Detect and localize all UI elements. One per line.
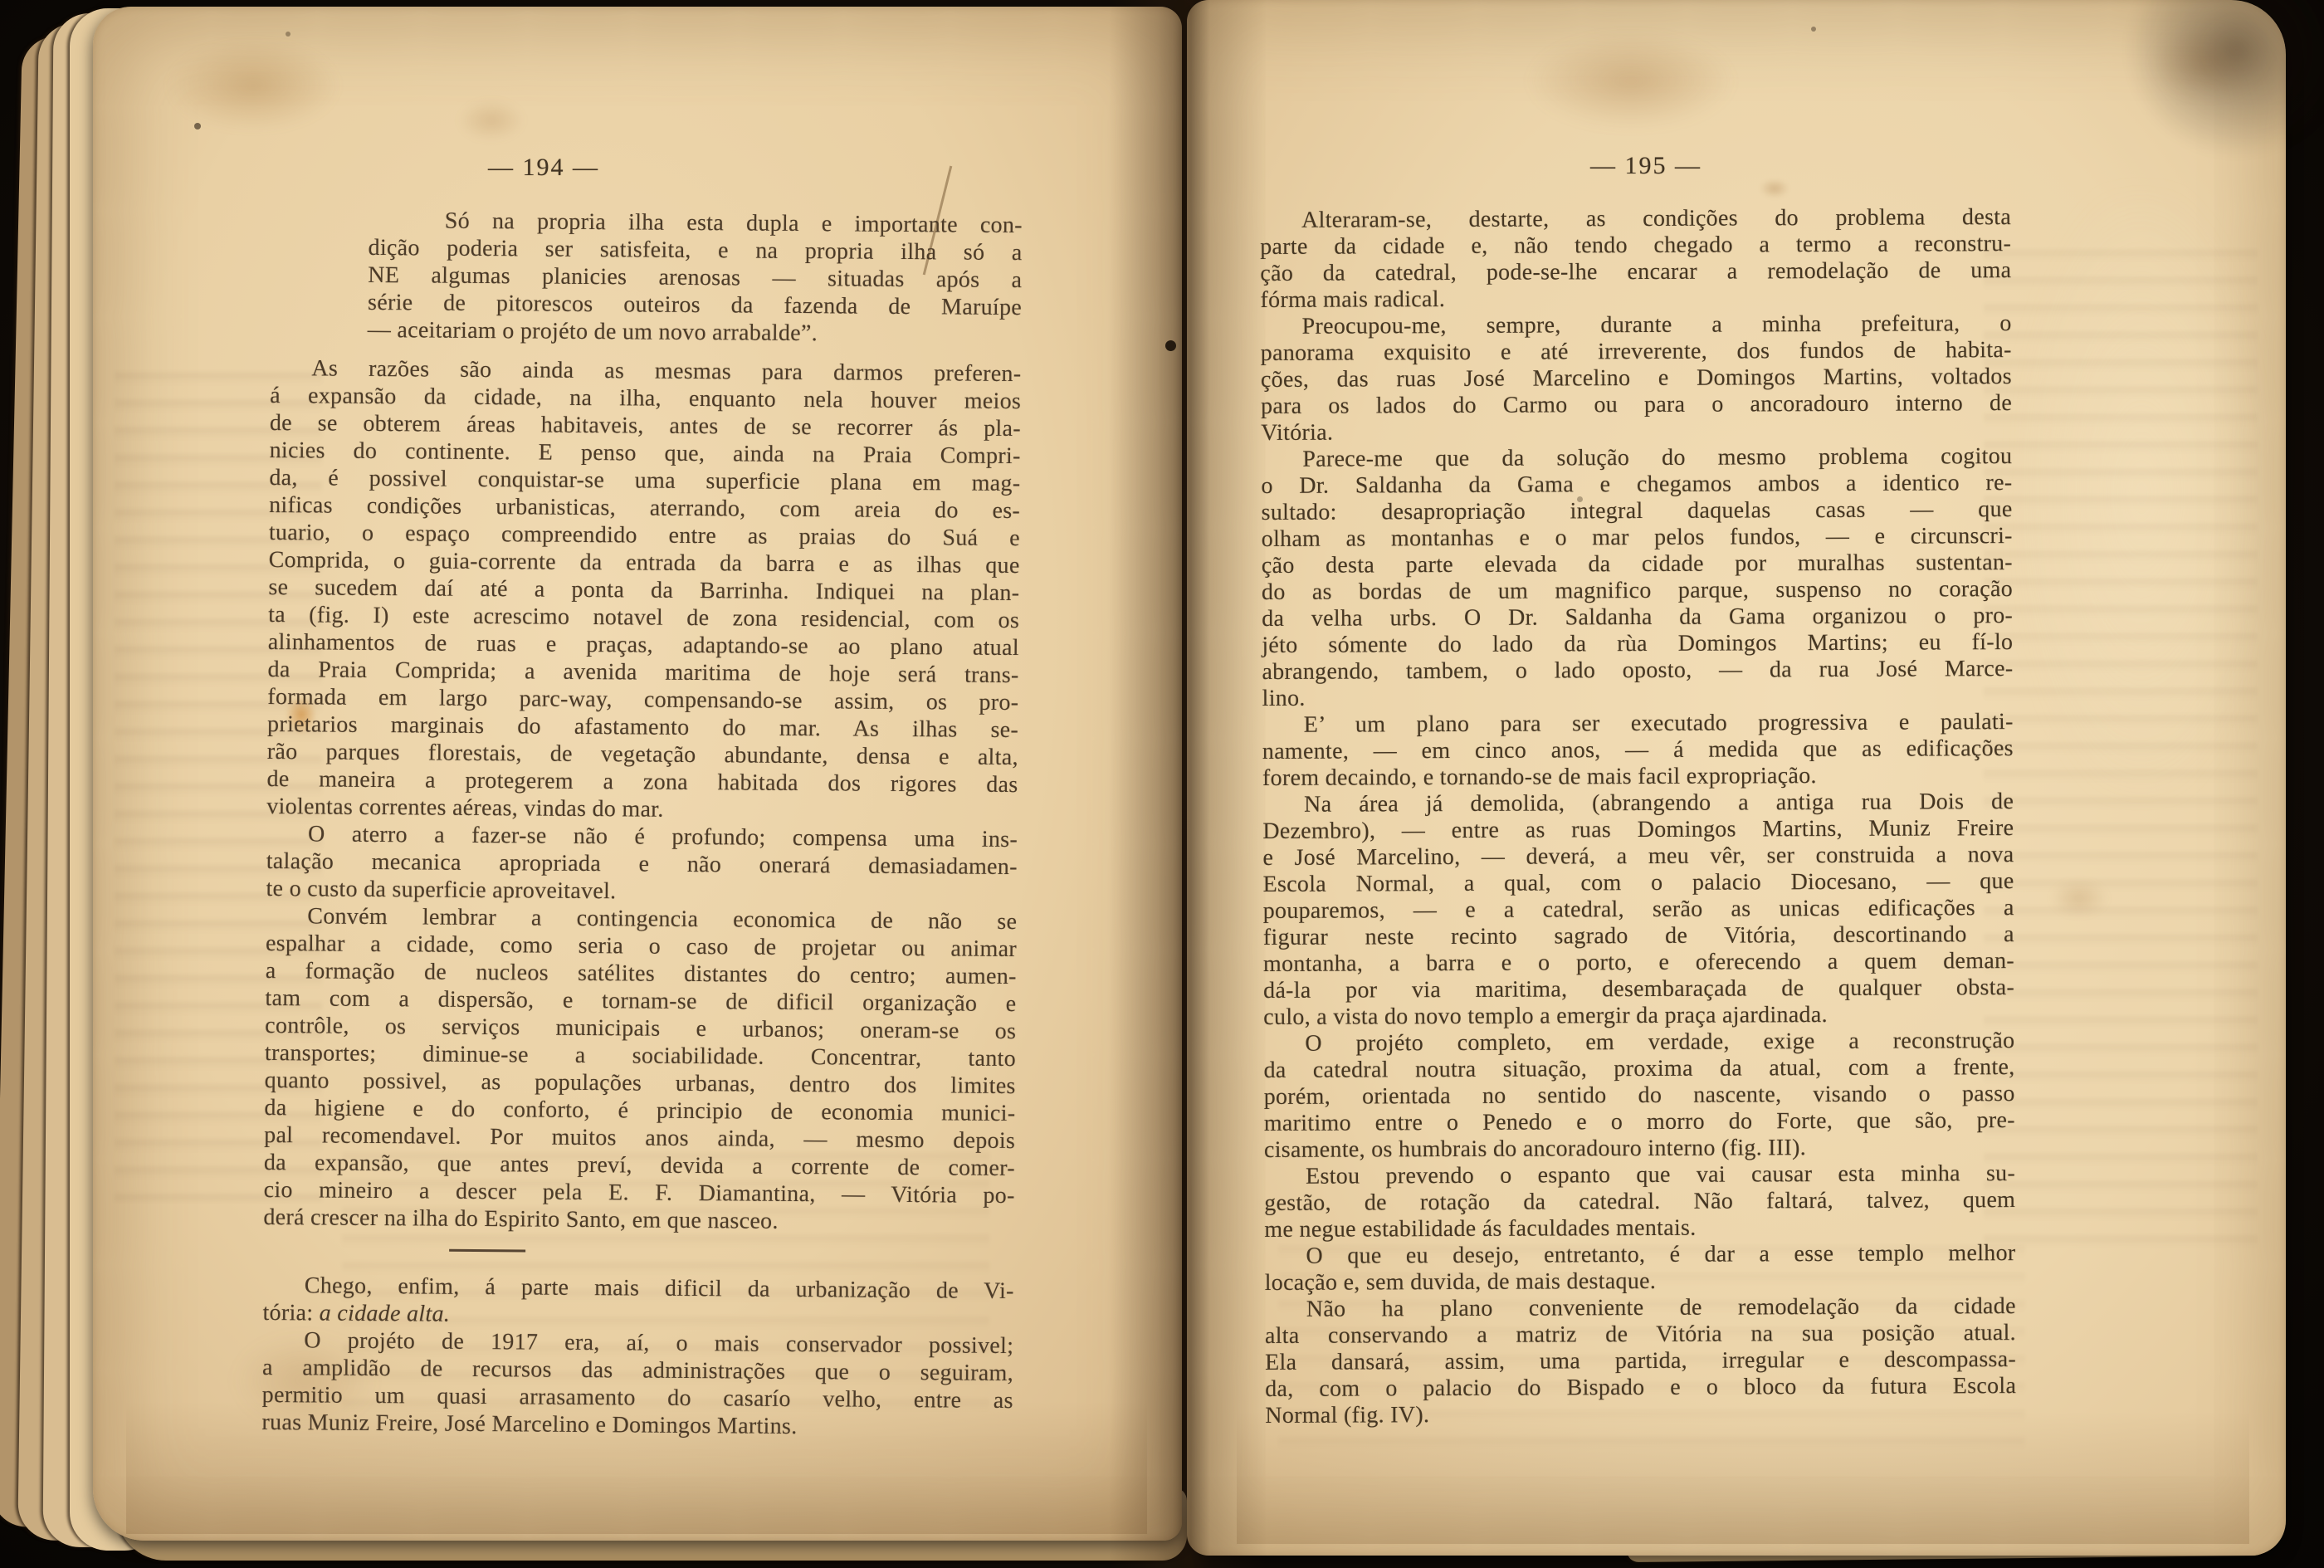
text-line: da, com o palacio do Bispado e o bloco d… bbox=[1265, 1373, 2016, 1403]
text-line: E’ um plano para ser executado progressi… bbox=[1262, 709, 2014, 739]
text-line: Alteraram-se, destarte, as condições do … bbox=[1260, 204, 2011, 234]
page-195-text-column: Alteraram-se, destarte, as condições do … bbox=[1260, 204, 2016, 1429]
light-patch bbox=[2017, 191, 2266, 797]
text-line: forem decaindo, e tornando-se de mais fa… bbox=[1262, 762, 2014, 792]
text-line: Não ha plano conveniente de remodelação … bbox=[1265, 1293, 2016, 1323]
paragraph-plano: E’ um plano para ser executado progressi… bbox=[1262, 709, 2014, 792]
text-line: panorama exquisito e até irreverente, do… bbox=[1261, 337, 2012, 367]
paragraph-desejo: O que eu desejo, entretanto, é dar a ess… bbox=[1264, 1240, 2015, 1297]
text-line: da velha urbs. O Dr. Saldanha da Gama or… bbox=[1262, 603, 2013, 633]
paragraph-chego: Chego, enfim, á parte mais dificil da ur… bbox=[262, 1272, 1013, 1332]
page-number-195: — 195 — bbox=[1480, 152, 1812, 180]
paragraph-razoes: As razões são ainda as mesmas para darmo… bbox=[266, 354, 1021, 826]
page-194-text-column: Só na propria ilha esta dupla e importan… bbox=[261, 206, 1023, 1442]
text-line: para os lados do Carmo ou para o ancorad… bbox=[1261, 390, 2012, 420]
paragraph-convem: Convém lembrar a contingencia economica … bbox=[263, 902, 1017, 1237]
stain bbox=[2150, 25, 2266, 100]
text-line: da catedral noutra situação, proxima da … bbox=[1263, 1054, 2014, 1084]
text-line: O projéto completo, em verdade, exige a … bbox=[1263, 1028, 2014, 1058]
text-line: olham as montanhas e o mar pelos fundos,… bbox=[1262, 523, 2013, 553]
text-line: porém, orientada no sentido do nascente,… bbox=[1264, 1081, 2015, 1111]
text-line: cisamente, os humbrais do ancoradouro in… bbox=[1264, 1134, 2015, 1164]
paragraph-pareceme: Parece-me que da solução do mesmo proble… bbox=[1261, 443, 2013, 712]
text-line: Preocupou-me, sempre, durante a minha pr… bbox=[1261, 310, 2012, 340]
corner-shadow bbox=[2125, 0, 2324, 158]
paragraph-aterro: O aterro a fazer-se não é profundo; comp… bbox=[266, 820, 1018, 908]
text-line: figurar neste recinto sagrado de Vitória… bbox=[1263, 921, 2014, 951]
book-page-195: — 195 — Alteraram-se, destarte, as condi… bbox=[1187, 0, 2286, 1556]
text-line: abrangendo, tambem, o lado oposto, — da … bbox=[1262, 656, 2013, 686]
speck bbox=[194, 123, 201, 129]
text-line: alta conservando a matriz de Vitória na … bbox=[1265, 1320, 2016, 1350]
text-line: ções, das ruas José Marcelino e Domingos… bbox=[1261, 364, 2012, 393]
text-line: Normal (fig. IV). bbox=[1265, 1399, 2016, 1429]
stain bbox=[458, 100, 525, 141]
stain bbox=[2050, 880, 2108, 916]
paragraph-preocupou: Preocupou-me, sempre, durante a minha pr… bbox=[1261, 310, 2013, 447]
quote-paragraph: Só na propria ilha esta dupla e importan… bbox=[368, 207, 1023, 349]
text-line: maritimo entre o Penedo e o morro do For… bbox=[1264, 1107, 2015, 1137]
text-line: e José Marcelino, — deverá, a meu vêr, s… bbox=[1262, 842, 2014, 872]
text-line: Ela dansará, assim, uma partida, irregul… bbox=[1265, 1346, 2016, 1376]
text-line: Na área já demolida, (abrangendo a antig… bbox=[1262, 789, 2014, 818]
edge-shading bbox=[1237, 1411, 2249, 1544]
text-line: montanha, a barra e o porto, e oferecend… bbox=[1263, 948, 2014, 978]
speck bbox=[1811, 27, 1816, 32]
paragraph-projeto-completo: O projéto completo, em verdade, exige a … bbox=[1263, 1028, 2015, 1164]
paragraph-area-demolida: Na área já demolida, (abrangendo a antig… bbox=[1262, 789, 2014, 1031]
text-line: sultado: desapropriação integral daquela… bbox=[1262, 496, 2013, 526]
text-line: Escola Normal, a qual, com o palacio Dio… bbox=[1262, 868, 2014, 898]
paragraph-nao-ha-plano: Não ha plano conveniente de remodelação … bbox=[1265, 1293, 2017, 1429]
section-separator bbox=[449, 1249, 525, 1253]
italic-text-segment: a cidade alta. bbox=[320, 1300, 451, 1326]
text-line: — aceitariam o projéto de um novo arraba… bbox=[368, 316, 1022, 349]
text-line: O que eu desejo, entretanto, é dar a ess… bbox=[1264, 1240, 2015, 1270]
page-number-194: — 194 — bbox=[378, 154, 710, 182]
text-line: dá-la por via maritima, desembaraçada de… bbox=[1263, 975, 2014, 1004]
text-line: locação e, sem duvida, de mais destaque. bbox=[1265, 1267, 2016, 1297]
text-line: o Dr. Saldanha da Gama e chegamos ambos … bbox=[1261, 470, 2012, 500]
text-line: Dezembro), — entre as ruas Domingos Mart… bbox=[1262, 815, 2014, 845]
book-page-194: — 194 — Só na propria ilha esta dupla e … bbox=[93, 7, 1182, 1541]
text-line: me negue estabilidade ás faculdades ment… bbox=[1264, 1214, 2015, 1243]
paragraph-projeto-1917: O projéto de 1917 era, aí, o mais conser… bbox=[261, 1326, 1013, 1442]
text-line: ção desta parte elevada da cidade por mu… bbox=[1262, 550, 2013, 579]
stain bbox=[1760, 178, 1789, 198]
paragraph-alteraram: Alteraram-se, destarte, as condições do … bbox=[1260, 204, 2012, 314]
text-line: Parece-me que da solução do mesmo proble… bbox=[1261, 443, 2012, 473]
text-line: Vitória. bbox=[1261, 417, 2012, 447]
gutter-hole bbox=[1165, 340, 1176, 351]
text-line: jéto sómente do lado da rùa Domingos Mar… bbox=[1262, 629, 2013, 659]
text-line: fórma mais radical. bbox=[1260, 284, 2011, 314]
speck bbox=[286, 32, 290, 37]
text-segment: tória: bbox=[262, 1300, 319, 1326]
text-line: gestão, de rotação da catedral. Não falt… bbox=[1264, 1187, 2015, 1217]
text-line: parte da cidade e, não tendo chegado a t… bbox=[1260, 231, 2011, 261]
open-book-photo: — 194 — Só na propria ilha esta dupla e … bbox=[0, 0, 2324, 1568]
text-line: pouparemos, — e a catedral, serão as uni… bbox=[1263, 895, 2014, 925]
stain bbox=[1527, 33, 1735, 129]
text-line: culo, a vista do novo templo a emergir d… bbox=[1263, 1001, 2014, 1031]
stain bbox=[166, 40, 340, 131]
bleed-through-text bbox=[1984, 249, 2258, 1262]
text-line: ção da catedral, pode-se-lhe encarar a r… bbox=[1260, 257, 2011, 287]
text-line: lino. bbox=[1262, 682, 2014, 712]
text-line: do as bordas de um magnifico parque, sus… bbox=[1262, 576, 2013, 606]
paragraph-estou-prevendo: Estou prevendo o espanto que vai causar … bbox=[1264, 1160, 2015, 1243]
text-line: Estou prevendo o espanto que vai causar … bbox=[1264, 1160, 2015, 1190]
text-line: namente, — em cinco anos, — á medida que… bbox=[1262, 735, 2014, 765]
